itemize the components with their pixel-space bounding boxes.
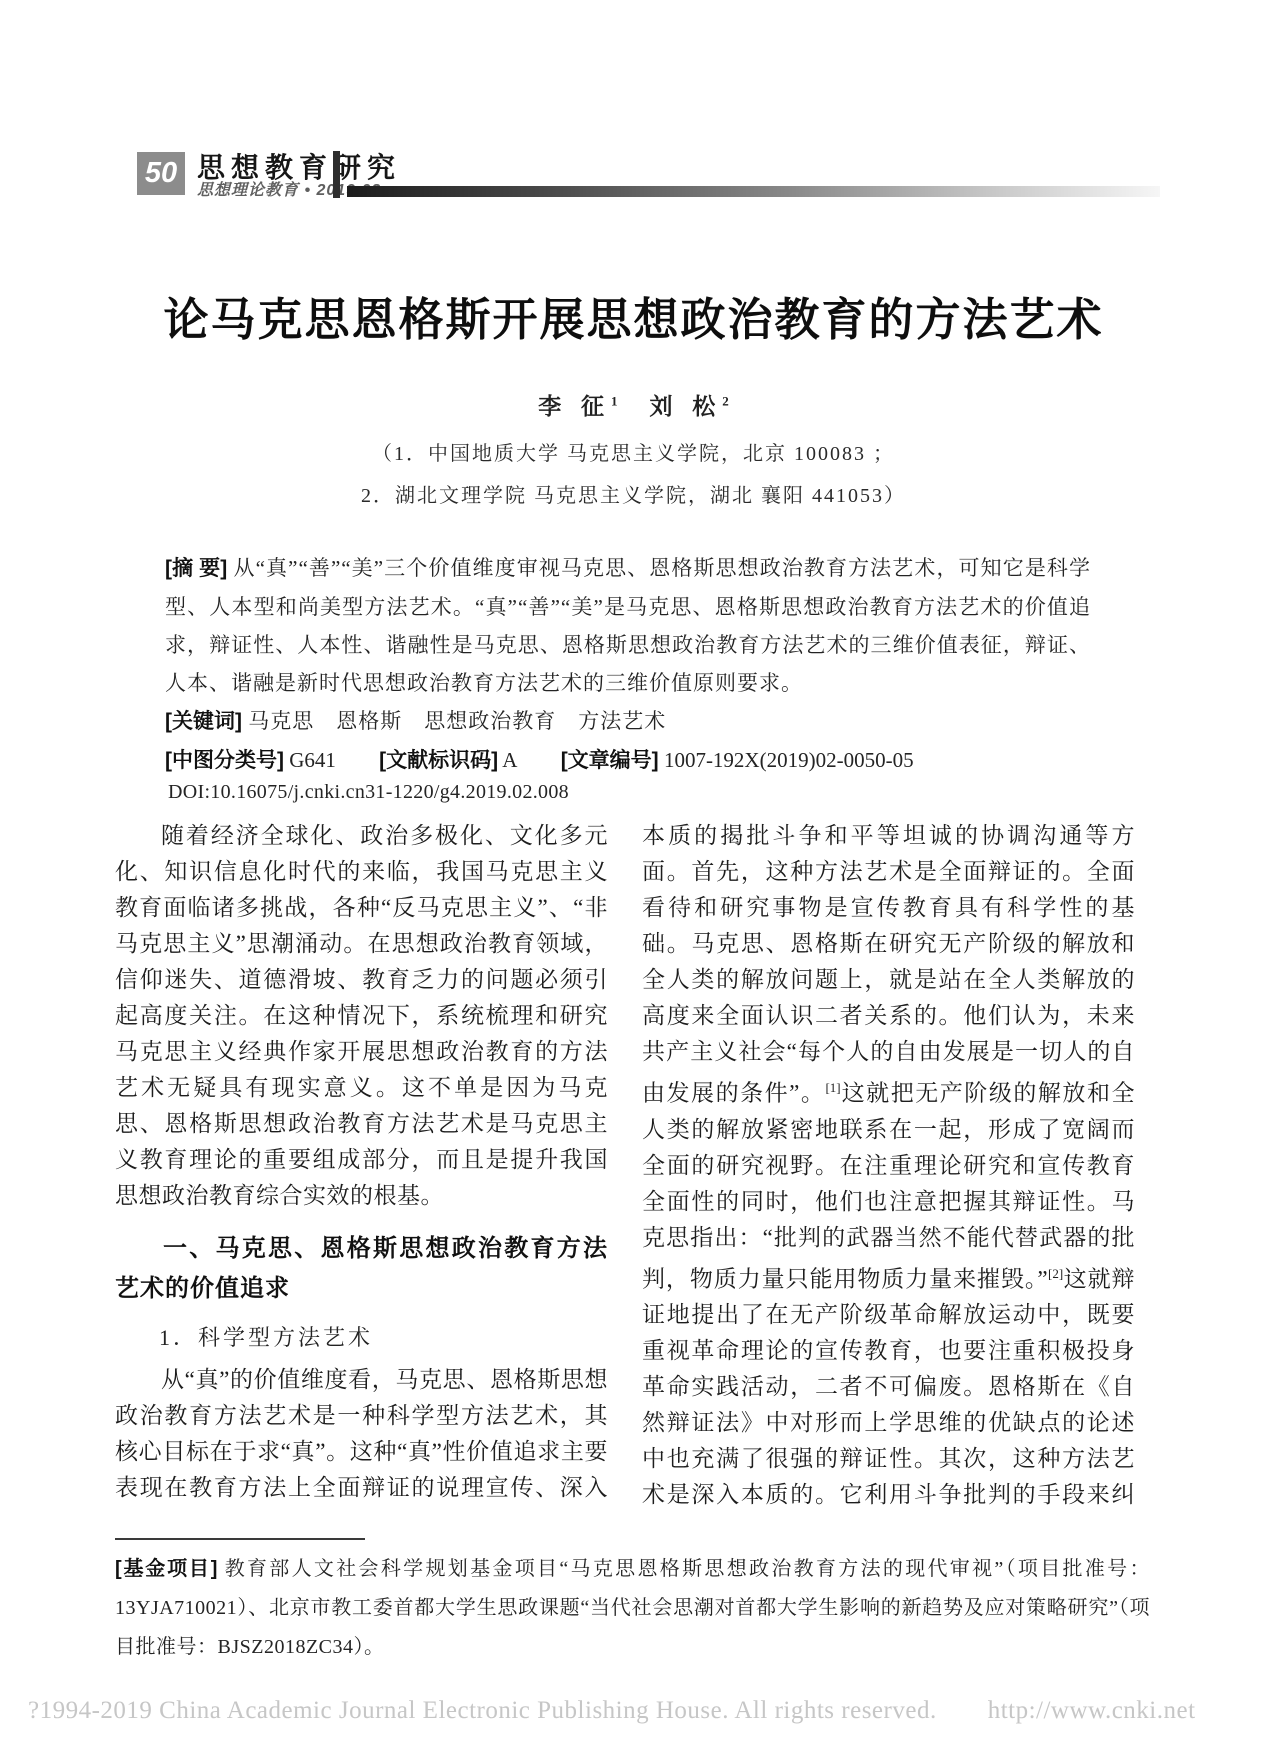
header-vertical-bar xyxy=(333,151,340,198)
article-body: 随着经济全球化、政治多极化、文化多元化、知识信息化时代的来临，我国马克思主义教育… xyxy=(115,818,1135,1538)
section-heading: 一、马克思、恩格斯思想政治教育方法艺术的价值追求 xyxy=(115,1229,608,1309)
article-title: 论马克思恩格斯开展思想政治教育的方法艺术 xyxy=(0,283,1267,348)
citation-ref: [1] xyxy=(825,1080,840,1095)
keywords-text: 马克思 恩格斯 思想政治教育 方法艺术 xyxy=(248,709,666,733)
citation-ref: [2] xyxy=(1048,1266,1063,1281)
abstract-paragraph: [摘 要] 从“真”“善”“美”三个价值维度审视马克思、恩格斯思想政治教育方法艺… xyxy=(165,549,1091,702)
affiliation-line: 2．湖北文理学院 马克思主义学院，湖北 襄阳 441053） xyxy=(0,479,1267,508)
page-number: 50 xyxy=(145,157,177,190)
keywords-label: [关键词] xyxy=(165,710,242,733)
subsection-heading: 1．科学型方法艺术 xyxy=(115,1320,608,1356)
doc-code-group: [文献标识码] A xyxy=(379,748,517,772)
abstract-text: 从“真”“善”“美”三个价值维度审视马克思、恩格斯思想政治教育方法艺术，可知它是… xyxy=(165,556,1091,695)
affiliation-line: （1．中国地质大学 马克思主义学院，北京 100083 ； xyxy=(0,437,1267,466)
article-id-group: [文章编号] 1007-192X(2019)02-0050-05 xyxy=(561,748,914,772)
footnote-divider xyxy=(115,1538,365,1540)
abstract-label: [摘 要] xyxy=(165,557,227,580)
author-name: 李 征1 xyxy=(538,394,617,419)
doc-code-label: [文献标识码] xyxy=(379,749,498,772)
watermark: ?1994-2019 China Academic Journal Electr… xyxy=(28,1690,1248,1726)
author-name: 刘 松2 xyxy=(650,394,729,419)
page-number-badge: 50 xyxy=(137,152,185,195)
meta-line: [中图分类号] G641 [文献标识码] A [文章编号] 1007-192X(… xyxy=(165,744,1125,774)
header-gradient-bar xyxy=(347,186,1160,197)
article-id-label: [文章编号] xyxy=(561,749,659,772)
clc-group: [中图分类号] G641 xyxy=(165,748,336,772)
clc-label: [中图分类号] xyxy=(165,749,284,772)
clc-value: G641 xyxy=(289,748,336,772)
footnote-label: [基金项目] xyxy=(115,1558,217,1580)
keywords-line: [关键词] 马克思 恩格斯 思想政治教育 方法艺术 xyxy=(165,702,1091,741)
footnote-text: 教育部人文社会科学规划基金项目“马克思恩格斯思想政治教育方法的现代审视”（项目批… xyxy=(115,1558,1150,1658)
body-paragraph: 随着经济全球化、政治多极化、文化多元化、知识信息化时代的来临，我国马克思主义教育… xyxy=(115,818,608,1214)
footnote: [基金项目] 教育部人文社会科学规划基金项目“马克思恩格斯思想政治教育方法的现代… xyxy=(115,1550,1150,1667)
journal-page: 50 思想教育研究 思想理论教育 • 2019.02 论马克思恩格斯开展思想政治… xyxy=(0,0,1267,1757)
abstract-block: [摘 要] 从“真”“善”“美”三个价值维度审视马克思、恩格斯思想政治教育方法艺… xyxy=(165,549,1091,741)
article-id-value: 1007-192X(2019)02-0050-05 xyxy=(664,748,914,772)
doc-code-value: A xyxy=(502,748,517,772)
authors-line: 李 征1刘 松2 xyxy=(0,388,1267,421)
doi-line: DOI:10.16075/j.cnki.cn31-1220/g4.2019.02… xyxy=(168,781,569,804)
